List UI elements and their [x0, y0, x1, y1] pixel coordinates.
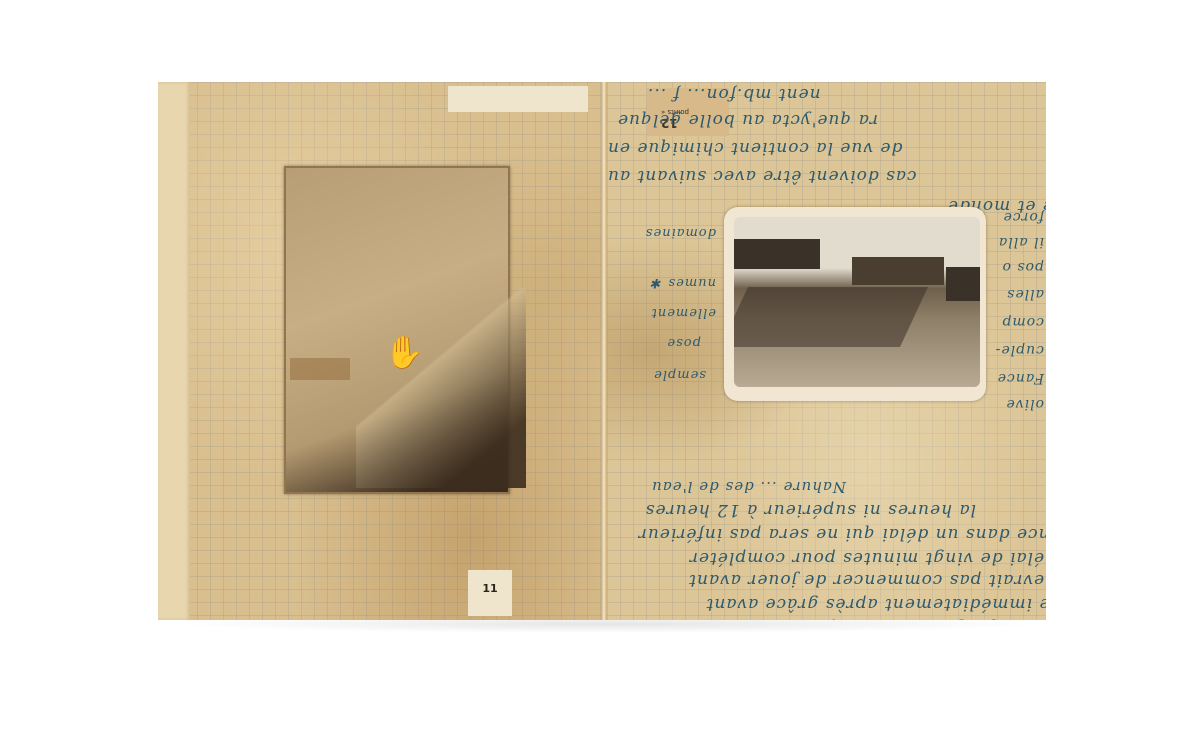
- photo-stain: [290, 358, 350, 380]
- right-page: 12 points « nent mb.fon... f ... ra que'…: [607, 82, 1046, 620]
- hw-side-line: domaines: [645, 225, 716, 240]
- hw-side-line: alles: [1006, 286, 1044, 302]
- hw-side-line: numes ✱: [651, 275, 716, 290]
- hw-bottom-line: ince dans un délai qui ne sera pas infér…: [638, 524, 1046, 544]
- left-margin-strip: [158, 82, 190, 620]
- hand-silhouette-icon: ✋: [384, 336, 420, 368]
- hw-side-line: force: [1003, 209, 1044, 225]
- notebook-spread: ✋ 11 12 points « nent mb.fon... f ... ra…: [158, 82, 1046, 620]
- hw-side-line: olive: [1005, 396, 1044, 412]
- hw-side-line: pos o: [1002, 259, 1044, 275]
- hw-bottom-line: la heures ni supérieur à 12 heures: [645, 500, 976, 520]
- railcar-left: [734, 239, 820, 269]
- hw-side-line: comp: [1001, 314, 1044, 330]
- hw-side-line: Fance: [997, 370, 1044, 386]
- hw-side-line: cuple-: [995, 342, 1044, 358]
- railcar-middle: [852, 257, 944, 285]
- hw-bottom-line: délai de vingt minutes pour compléter: [689, 548, 1046, 568]
- railway-photo: [734, 217, 980, 387]
- mounted-photo-left: ✋: [284, 166, 510, 494]
- hw-bottom-line: devrait pas commencer de jouer avant: [688, 570, 1046, 590]
- hw-top-line: de vue la contient chimique en: [607, 138, 902, 158]
- page-number-left: 11: [482, 582, 497, 595]
- torn-paper-patch: [448, 86, 588, 112]
- mounted-photo-right: [724, 207, 986, 401]
- hw-top-line: nent mb.fon... f ...: [647, 84, 821, 104]
- embankment-shadow: [734, 287, 928, 347]
- hw-side-line: ellement: [651, 305, 716, 320]
- hw-bottom-line: le immédiatement après grâce avant: [706, 594, 1046, 614]
- hw-side-line: il alla: [998, 234, 1044, 250]
- hw-bottom-line: Nahure ... des de l'eau: [651, 478, 846, 496]
- railcar-right: [946, 267, 980, 301]
- book-gutter: [601, 82, 607, 620]
- page-number-label-left: 11: [468, 570, 512, 616]
- hw-top-line: cas doivent être avec suivant au: [607, 166, 917, 186]
- hw-side-line: semple: [653, 367, 706, 382]
- photo-shadow-region: [356, 288, 526, 488]
- hw-side-line: pose: [666, 335, 701, 350]
- hw-bottom-line: ment qui guide à l'eau potable en tout: [689, 618, 1046, 620]
- left-page: ✋ 11: [158, 82, 604, 620]
- hw-top-line: ra que'ycta au bolle gelque: [617, 110, 878, 130]
